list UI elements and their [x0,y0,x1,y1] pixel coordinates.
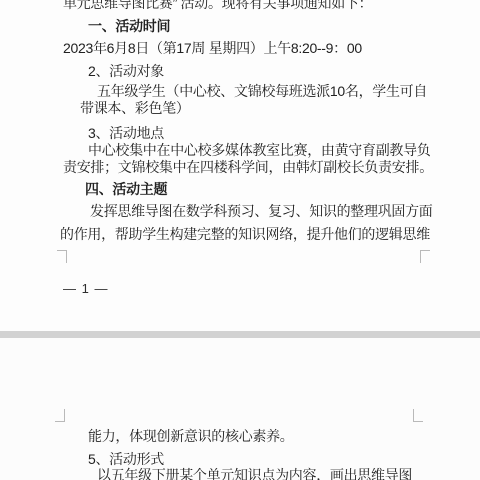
doc-line: 带课本、彩色笔） [80,101,190,116]
text-boundary-mark [420,250,430,263]
doc-line: 发挥思维导图在数学科预习、复习、知识的整理巩固方面 [90,204,433,219]
page-number: — 1 — [63,281,108,296]
doc-line: 的作用，帮助学生构建完整的知识网络，提升他们的逻辑思维 [60,227,430,242]
text-boundary-mark [413,409,423,422]
doc-heading-activity-place: 3、活动地点 [88,126,164,141]
doc-heading-activity-time: 一、活动时间 [88,19,170,34]
doc-line: 以五年级下册某个单元知识点为内容，画出思维导图 [97,468,412,480]
doc-line: 责安排；文锦校集中在四楼科学间，由韩灯副校长负责安排。 [63,160,433,175]
doc-heading-activity-target: 2、活动对象 [88,64,164,79]
doc-heading-activity-theme: 四、活动主题 [85,182,167,197]
doc-line: 单元思维导图比赛” 活动。现将有关事项通知如下： [63,0,372,11]
text-boundary-mark [55,409,65,422]
text-boundary-mark [57,250,67,263]
document-page-1: 单元思维导图比赛” 活动。现将有关事项通知如下： 一、活动时间 2023年6月8… [0,0,480,331]
document-viewer[interactable]: 单元思维导图比赛” 活动。现将有关事项通知如下： 一、活动时间 2023年6月8… [0,0,480,480]
page-divider [0,331,480,338]
doc-line: 能力，体现创新意识的核心素养。 [88,429,294,444]
document-page-2: 能力，体现创新意识的核心素养。 5、活动形式 以五年级下册某个单元知识点为内容，… [0,338,480,480]
doc-line: 2023年6月8日（第17周 星期四）上午8:20--9：00 [63,41,362,56]
doc-line: 中心校集中在中心校多媒体教室比赛，由黄守育副教导负 [88,143,431,158]
doc-heading-activity-form: 5、活动形式 [88,452,164,467]
doc-line: 五年级学生（中心校、文锦校每班选派10名，学生可自 [97,84,427,99]
